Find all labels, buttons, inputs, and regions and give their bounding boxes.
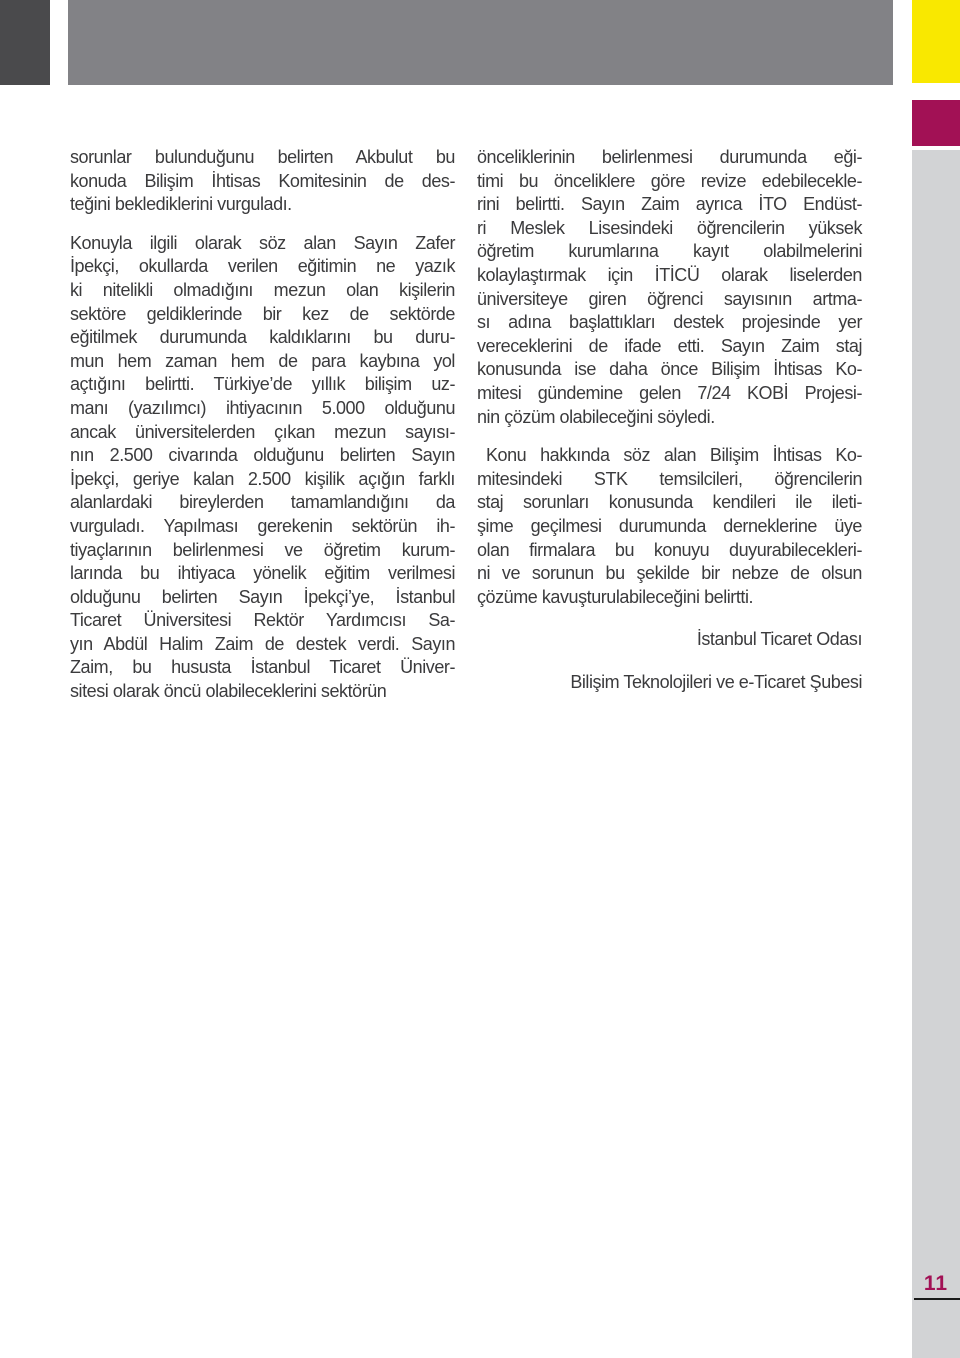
text-line: konusunda ise daha önce Bilişim İhtisas … bbox=[477, 358, 862, 382]
text-line: olduğunu belirten Sayın İpekçi’ye, İstan… bbox=[70, 586, 455, 610]
text-line: İstanbul Ticaret Odası bbox=[477, 628, 862, 652]
paragraph: Konuyla ilgili olarak söz alan Sayın Zaf… bbox=[70, 232, 455, 704]
text-line: İpekçi, geriye kalan 2.500 kişilik açığı… bbox=[70, 468, 455, 492]
header-gray-banner bbox=[68, 0, 893, 85]
text-line: sorunlar bulunduğunu belirten Akbulut bu bbox=[70, 146, 455, 170]
text-line: üniversiteye giren öğrenci sayısının art… bbox=[477, 288, 862, 312]
article-right-column: önceliklerinin belirlenmesi durumunda eğ… bbox=[477, 146, 862, 704]
edge-yellow-block bbox=[912, 0, 960, 83]
text-line: yın Abdül Halim Zaim de destek verdi. Sa… bbox=[70, 633, 455, 657]
text-line: konuda Bilişim İhtisas Komitesinin de de… bbox=[70, 170, 455, 194]
article-left-column: sorunlar bulunduğunu belirten Akbulut bu… bbox=[70, 146, 455, 704]
text-line: İpekçi, okullarda verilen eğitimin ne ya… bbox=[70, 255, 455, 279]
text-line: nin çözüm olabileceğini söyledi. bbox=[477, 406, 862, 430]
text-line: timi bu önceliklere göre revize edebilec… bbox=[477, 170, 862, 194]
text-line: şime geçilmesi durumunda derneklerine üy… bbox=[477, 515, 862, 539]
edge-light-gray-strip bbox=[912, 150, 960, 1358]
text-line: önceliklerinin belirlenmesi durumunda eğ… bbox=[477, 146, 862, 170]
text-line: ni ve sorunun bu şekilde bir nebze de ol… bbox=[477, 562, 862, 586]
text-line: teğini beklediklerini vurguladı. bbox=[70, 193, 455, 217]
text-line: ki nitelikli olmadığını mezun olan kişil… bbox=[70, 279, 455, 303]
text-line: sektöre geldiklerinde bir kez de sektörd… bbox=[70, 303, 455, 327]
text-line: Ticaret Üniversitesi Rektör Yardımcısı S… bbox=[70, 609, 455, 633]
text-line: vurguladı. Yapılması gerekenin sektörün … bbox=[70, 515, 455, 539]
text-line: eğitilmek durumunda kaldıklarını bu duru… bbox=[70, 326, 455, 350]
text-line: tiyaçlarının belirlenmesi ve öğretim kur… bbox=[70, 539, 455, 563]
text-line: larında bu ihtiyaca yönelik eğitim veril… bbox=[70, 562, 455, 586]
text-line: Konu hakkında söz alan Bilişim İhtisas K… bbox=[477, 444, 862, 468]
page-number-divider bbox=[914, 1298, 960, 1300]
paragraph: Bilişim Teknolojileri ve e-Ticaret Şubes… bbox=[477, 671, 862, 695]
article-body: sorunlar bulunduğunu belirten Akbulut bu… bbox=[70, 146, 862, 704]
text-line: sitesi olarak öncü olabileceklerini sekt… bbox=[70, 680, 455, 704]
text-line: olan firmalara bu konuyu duyurabilecekle… bbox=[477, 539, 862, 563]
text-line: nın 2.500 civarında olduğunu belirten Sa… bbox=[70, 444, 455, 468]
text-line: rini belirtti. Sayın Zaim ayrıca İTO End… bbox=[477, 193, 862, 217]
text-line: Zaim, bu hususta İstanbul Ticaret Üniver… bbox=[70, 656, 455, 680]
paragraph: Konu hakkında söz alan Bilişim İhtisas K… bbox=[477, 444, 862, 609]
text-line: açtığını belirtti. Türkiye’de yıllık bil… bbox=[70, 373, 455, 397]
text-line: ri Meslek Lisesindeki öğrencilerin yükse… bbox=[477, 217, 862, 241]
text-line: manı (yazılımcı) ihtiyacının 5.000 olduğ… bbox=[70, 397, 455, 421]
text-line: ancak üniversitelerden çıkan mezun sayıs… bbox=[70, 421, 455, 445]
text-line: öğretim kurumlarına kayıt olabilmelerini bbox=[477, 240, 862, 264]
edge-magenta-block bbox=[912, 100, 960, 146]
paragraph: önceliklerinin belirlenmesi durumunda eğ… bbox=[477, 146, 862, 429]
text-line: staj sorunları konusunda kendileri ile i… bbox=[477, 491, 862, 515]
text-line: kolaylaştırmak için İTİCÜ olarak liseler… bbox=[477, 264, 862, 288]
text-line: mitesindeki STK temsilcileri, öğrenciler… bbox=[477, 468, 862, 492]
text-line: Bilişim Teknolojileri ve e-Ticaret Şubes… bbox=[477, 671, 862, 695]
text-line: Konuyla ilgili olarak söz alan Sayın Zaf… bbox=[70, 232, 455, 256]
text-line: sı adına başlattıkları destek projesinde… bbox=[477, 311, 862, 335]
page-number: 11 bbox=[912, 1272, 960, 1296]
text-line: alanlardaki bireylerden tamamlandığını d… bbox=[70, 491, 455, 515]
paragraph: sorunlar bulunduğunu belirten Akbulut bu… bbox=[70, 146, 455, 217]
text-line: mun hem zaman hem de para kaybına yol bbox=[70, 350, 455, 374]
header-dark-gray-bar bbox=[0, 0, 50, 85]
text-line: mitesi gündemine gelen 7/24 KOBİ Projesi… bbox=[477, 382, 862, 406]
text-line: çözüme kavuşturulabileceğini belirtti. bbox=[477, 586, 862, 610]
text-line: vereceklerini de ifade etti. Sayın Zaim … bbox=[477, 335, 862, 359]
paragraph: İstanbul Ticaret Odası bbox=[477, 628, 862, 652]
